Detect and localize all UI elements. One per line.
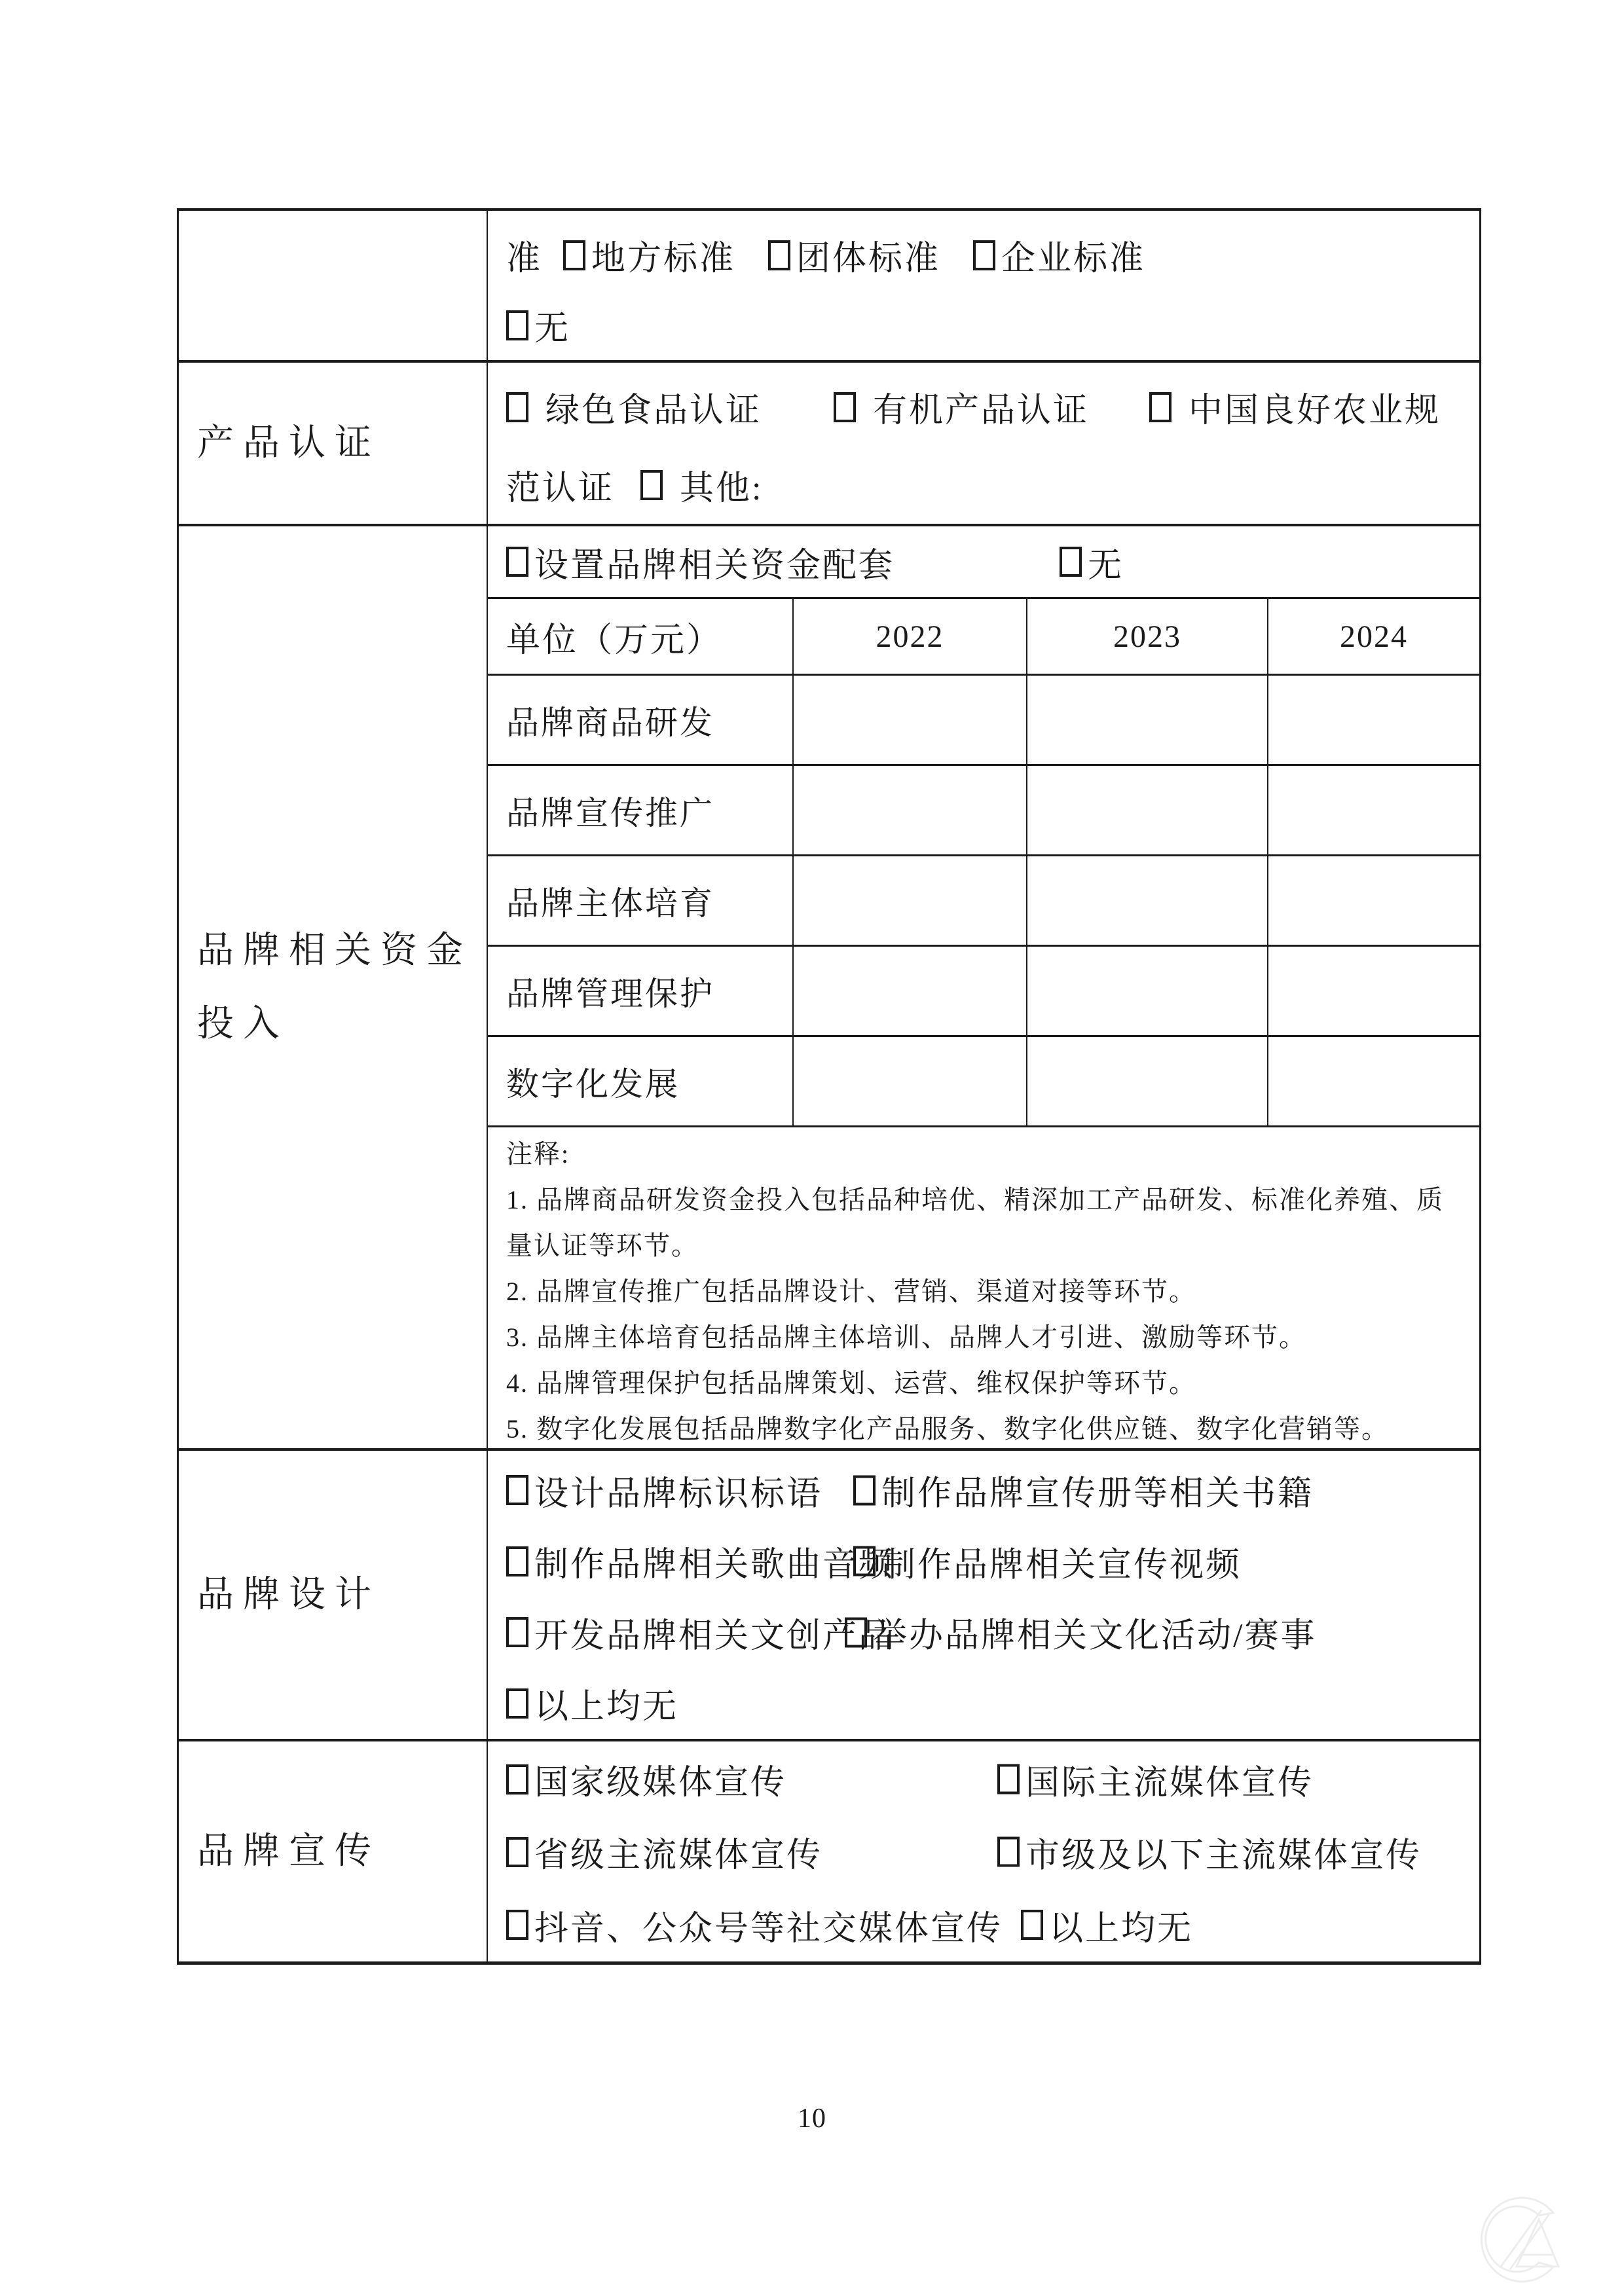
standards-options-cell: 准 地方标准 团体标准 企业标准 [488, 211, 1479, 360]
budget-row-digital: 数字化发展 [488, 1035, 1479, 1125]
option-cultural-events: 举办品牌相关文化活动/赛事 [845, 1608, 1316, 1657]
option-promo-videos: 制作品牌相关宣传视频 [853, 1537, 1242, 1586]
row-label-brand-publicity: 品牌宣传 [179, 1741, 488, 1961]
design-line-1: 设计品牌标识标语 制作品牌宣传册等相关书籍 [488, 1455, 1479, 1526]
budget-value-cell[interactable] [1026, 766, 1267, 854]
budget-value-cell[interactable] [1026, 856, 1267, 945]
budget-value-cell[interactable] [792, 766, 1026, 854]
wrapped-word-tail: 准 [506, 230, 542, 280]
budget-value-cell[interactable] [1026, 676, 1267, 764]
standards-line-2: 无 [488, 290, 1479, 360]
certification-line-2: 范认证 其他: [488, 446, 1479, 524]
checkbox-icon[interactable] [506, 1910, 528, 1940]
checkbox-label: 无 [1088, 538, 1124, 587]
checkbox-icon[interactable] [997, 1837, 1020, 1867]
note-line-1: 1. 品牌商品研发资金投入包括品种培优、精深加工产品研发、标准化养殖、质 [506, 1177, 1479, 1223]
budget-value-cell[interactable] [1267, 856, 1479, 945]
checkbox-label: 省级主流媒体宣传 [534, 1827, 822, 1876]
budget-value-cell[interactable] [1026, 1037, 1267, 1125]
option-city-media: 市级及以下主流媒体宣传 [997, 1827, 1422, 1876]
option-other-cert: 其他: [640, 460, 763, 509]
note-line-1-cont: 量认证等环节。 [506, 1223, 1479, 1269]
checkbox-icon[interactable] [506, 1617, 528, 1647]
checkbox-icon[interactable] [506, 1546, 528, 1576]
budget-year-header-2023: 2023 [1113, 619, 1181, 655]
option-green-food-cert: 绿色食品认证 [506, 382, 762, 431]
checkbox-label: 无 [534, 301, 570, 350]
document-page: 准 地方标准 团体标准 企业标准 [0, 0, 1624, 2296]
option-enterprise-standard: 企业标准 [973, 230, 1145, 280]
option-national-media: 国家级媒体宣传 [506, 1755, 786, 1804]
design-options-cell: 设计品牌标识标语 制作品牌宣传册等相关书籍 制作品牌相关歌曲音频 制作品牌相关宣… [488, 1451, 1479, 1739]
checkbox-icon[interactable] [834, 392, 856, 422]
option-none-of-above: 以上均无 [506, 1679, 678, 1728]
option-funding-allocated: 设置品牌相关资金配套 [506, 538, 895, 587]
budget-value-cell[interactable] [792, 676, 1026, 764]
checkbox-label: 举办品牌相关文化活动/赛事 [873, 1608, 1316, 1657]
row-label-cell-empty [179, 211, 488, 360]
checkbox-label: 设置品牌相关资金配套 [534, 538, 895, 587]
budget-value-cell[interactable] [1267, 1037, 1479, 1125]
checkbox-icon[interactable] [1060, 547, 1082, 577]
option-brand-songs-audio: 制作品牌相关歌曲音频 [506, 1537, 895, 1586]
note-line-4: 4. 品牌管理保护包括品牌策划、运营、维权保护等环节。 [506, 1360, 1479, 1406]
budget-value-cell[interactable] [1267, 947, 1479, 1035]
checkbox-icon[interactable] [853, 1475, 876, 1505]
checkbox-icon[interactable] [506, 1837, 528, 1867]
certification-line-1: 绿色食品认证 有机产品认证 中国良好农业规 [488, 368, 1479, 446]
wrapped-word-tail: 范认证 [506, 460, 614, 509]
option-local-standard: 地方标准 [563, 230, 735, 280]
checkbox-label: 开发品牌相关文创产品 [534, 1608, 895, 1657]
row-label-text: 产品认证 [197, 407, 487, 480]
budget-row-label: 品牌宣传推广 [506, 787, 714, 834]
option-design-logo-slogan: 设计品牌标识标语 [506, 1466, 822, 1515]
checkbox-icon[interactable] [1149, 392, 1172, 422]
checkbox-label: 设计品牌标识标语 [534, 1466, 822, 1515]
option-group-standard: 团体标准 [768, 230, 940, 280]
table-row-product-certification: 产品认证 绿色食品认证 有机产品认证 中国良好农业规 [179, 360, 1479, 524]
option-cultural-creative-products: 开发品牌相关文创产品 [506, 1608, 895, 1657]
row-label-text: 品牌宣传 [197, 1815, 487, 1888]
budget-row-label: 数字化发展 [506, 1058, 680, 1105]
checkbox-icon[interactable] [853, 1546, 876, 1576]
budget-row-cultivation: 品牌主体培育 [488, 854, 1479, 945]
option-none-of-above: 以上均无 [1021, 1901, 1193, 1950]
checkbox-icon[interactable] [768, 240, 790, 270]
budget-header-row: 单位（万元） 2022 2023 2024 [488, 599, 1479, 674]
checkbox-label: 以上均无 [1049, 1901, 1193, 1950]
design-line-4: 以上均无 [488, 1668, 1479, 1740]
checkbox-icon[interactable] [845, 1617, 867, 1647]
budget-unit-header: 单位（万元） [488, 599, 792, 674]
budget-value-cell[interactable] [792, 856, 1026, 945]
funding-content-cell: 设置品牌相关资金配套 无 单位（万元） 2022 2023 2024 [488, 526, 1479, 1448]
checkbox-label: 国际主流媒体宣传 [1025, 1755, 1314, 1804]
checkbox-label: 企业标准 [1001, 230, 1145, 280]
checkbox-label: 地方标准 [591, 230, 735, 280]
budget-row-label: 品牌商品研发 [506, 697, 714, 744]
budget-row-management: 品牌管理保护 [488, 945, 1479, 1035]
standards-prefix-text: 准 [506, 230, 542, 280]
budget-row-label: 品牌主体培育 [506, 877, 714, 924]
table-row-brand-design: 品牌设计 设计品牌标识标语 制作品牌宣传册等相关书籍 制作 [179, 1448, 1479, 1739]
note-line-3: 3. 品牌主体培育包括品牌主体培训、品牌人才引进、激励等环节。 [506, 1315, 1479, 1360]
checkbox-label: 中国良好农业规 [1189, 382, 1441, 431]
checkbox-label: 制作品牌宣传册等相关书籍 [881, 1466, 1314, 1515]
option-social-media: 抖音、公众号等社交媒体宣传 [506, 1901, 1003, 1950]
form-table: 准 地方标准 团体标准 企业标准 [177, 208, 1481, 1965]
checkbox-label: 制作品牌相关宣传视频 [881, 1537, 1242, 1586]
option-funding-none: 无 [1060, 538, 1124, 587]
checkbox-icon[interactable] [640, 470, 663, 500]
checkbox-label: 制作品牌相关歌曲音频 [534, 1537, 895, 1586]
row-label-brand-funding: 品牌相关资金 投入 [179, 526, 488, 1448]
page-number: 10 [0, 2103, 1624, 2134]
note-line-2: 2. 品牌宣传推广包括品牌设计、营销、渠道对接等环节。 [506, 1269, 1479, 1315]
certification-options-cell: 绿色食品认证 有机产品认证 中国良好农业规 范认证 其他: [488, 363, 1479, 524]
checkbox-icon[interactable] [973, 240, 995, 270]
budget-table: 单位（万元） 2022 2023 2024 品牌商品研发 品牌宣传推广 [488, 597, 1479, 1127]
row-label-text: 品牌设计 [197, 1558, 487, 1631]
budget-row-promotion: 品牌宣传推广 [488, 764, 1479, 854]
publicity-line-2: 省级主流媒体宣传 市级及以下主流媒体宣传 [488, 1815, 1479, 1888]
notes-title: 注释: [506, 1131, 1479, 1177]
budget-value-cell[interactable] [1267, 676, 1479, 764]
budget-year-header-2022: 2022 [876, 619, 944, 655]
checkbox-icon[interactable] [997, 1764, 1020, 1795]
checkbox-label: 绿色食品认证 [545, 382, 762, 431]
budget-row-rd: 品牌商品研发 [488, 674, 1479, 764]
budget-value-cell[interactable] [1026, 947, 1267, 1035]
row-label-product-certification: 产品认证 [179, 363, 488, 524]
checkbox-icon[interactable] [506, 392, 528, 422]
checkbox-icon[interactable] [1021, 1910, 1043, 1940]
budget-value-cell[interactable] [792, 1037, 1026, 1125]
publicity-line-3: 抖音、公众号等社交媒体宣传 以上均无 [488, 1889, 1479, 1961]
budget-value-cell[interactable] [1267, 766, 1479, 854]
checkbox-icon[interactable] [506, 1688, 528, 1719]
budget-value-cell[interactable] [792, 947, 1026, 1035]
standards-line-1: 准 地方标准 团体标准 企业标准 [488, 220, 1479, 290]
row-label-text-line1: 品牌相关资金 [197, 914, 487, 987]
checkbox-icon[interactable] [506, 310, 528, 340]
budget-notes: 注释: 1. 品牌商品研发资金投入包括品种培优、精深加工产品研发、标准化养殖、质… [488, 1127, 1479, 1448]
design-line-2: 制作品牌相关歌曲音频 制作品牌相关宣传视频 [488, 1526, 1479, 1597]
checkbox-label: 其他: [680, 460, 763, 509]
checkbox-icon[interactable] [506, 547, 528, 577]
table-row-brand-funding: 品牌相关资金 投入 设置品牌相关资金配套 无 [179, 524, 1479, 1448]
checkbox-label: 团体标准 [796, 230, 940, 280]
checkbox-icon[interactable] [506, 1764, 528, 1795]
checkbox-label: 抖音、公众号等社交媒体宣传 [534, 1901, 1003, 1950]
checkbox-icon[interactable] [563, 240, 585, 270]
note-line-5: 5. 数字化发展包括品牌数字化产品服务、数字化供应链、数字化营销等。 [506, 1406, 1479, 1452]
checkbox-label: 国家级媒体宣传 [534, 1755, 786, 1804]
design-line-3: 开发品牌相关文创产品 举办品牌相关文化活动/赛事 [488, 1597, 1479, 1668]
checkbox-label: 有机产品认证 [873, 382, 1089, 431]
publicity-options-cell: 国家级媒体宣传 国际主流媒体宣传 省级主流媒体宣传 市级及以下主流媒体宣传 [488, 1741, 1479, 1961]
option-provincial-media: 省级主流媒体宣传 [506, 1827, 822, 1876]
table-row-standards-continuation: 准 地方标准 团体标准 企业标准 [179, 211, 1479, 360]
option-none: 无 [506, 301, 570, 350]
table-row-brand-publicity: 品牌宣传 国家级媒体宣传 国际主流媒体宣传 省级主流媒体宣 [179, 1739, 1479, 1961]
publicity-line-1: 国家级媒体宣传 国际主流媒体宣传 [488, 1743, 1479, 1815]
checkbox-label: 以上均无 [534, 1679, 678, 1728]
row-label-brand-design: 品牌设计 [179, 1451, 488, 1739]
watermark-logo [1476, 2189, 1570, 2287]
funding-options-line: 设置品牌相关资金配套 无 [488, 526, 1479, 597]
checkbox-icon[interactable] [506, 1475, 528, 1505]
budget-year-header-2024: 2024 [1340, 619, 1408, 655]
budget-row-label: 品牌管理保护 [506, 968, 714, 1015]
option-china-gap-cert: 中国良好农业规 [1149, 382, 1441, 431]
row-label-text-line2: 投入 [197, 987, 487, 1061]
option-international-media: 国际主流媒体宣传 [997, 1755, 1314, 1804]
checkbox-label: 市级及以下主流媒体宣传 [1025, 1827, 1422, 1876]
option-organic-product-cert: 有机产品认证 [834, 382, 1089, 431]
option-brochure-books: 制作品牌宣传册等相关书籍 [853, 1466, 1314, 1515]
